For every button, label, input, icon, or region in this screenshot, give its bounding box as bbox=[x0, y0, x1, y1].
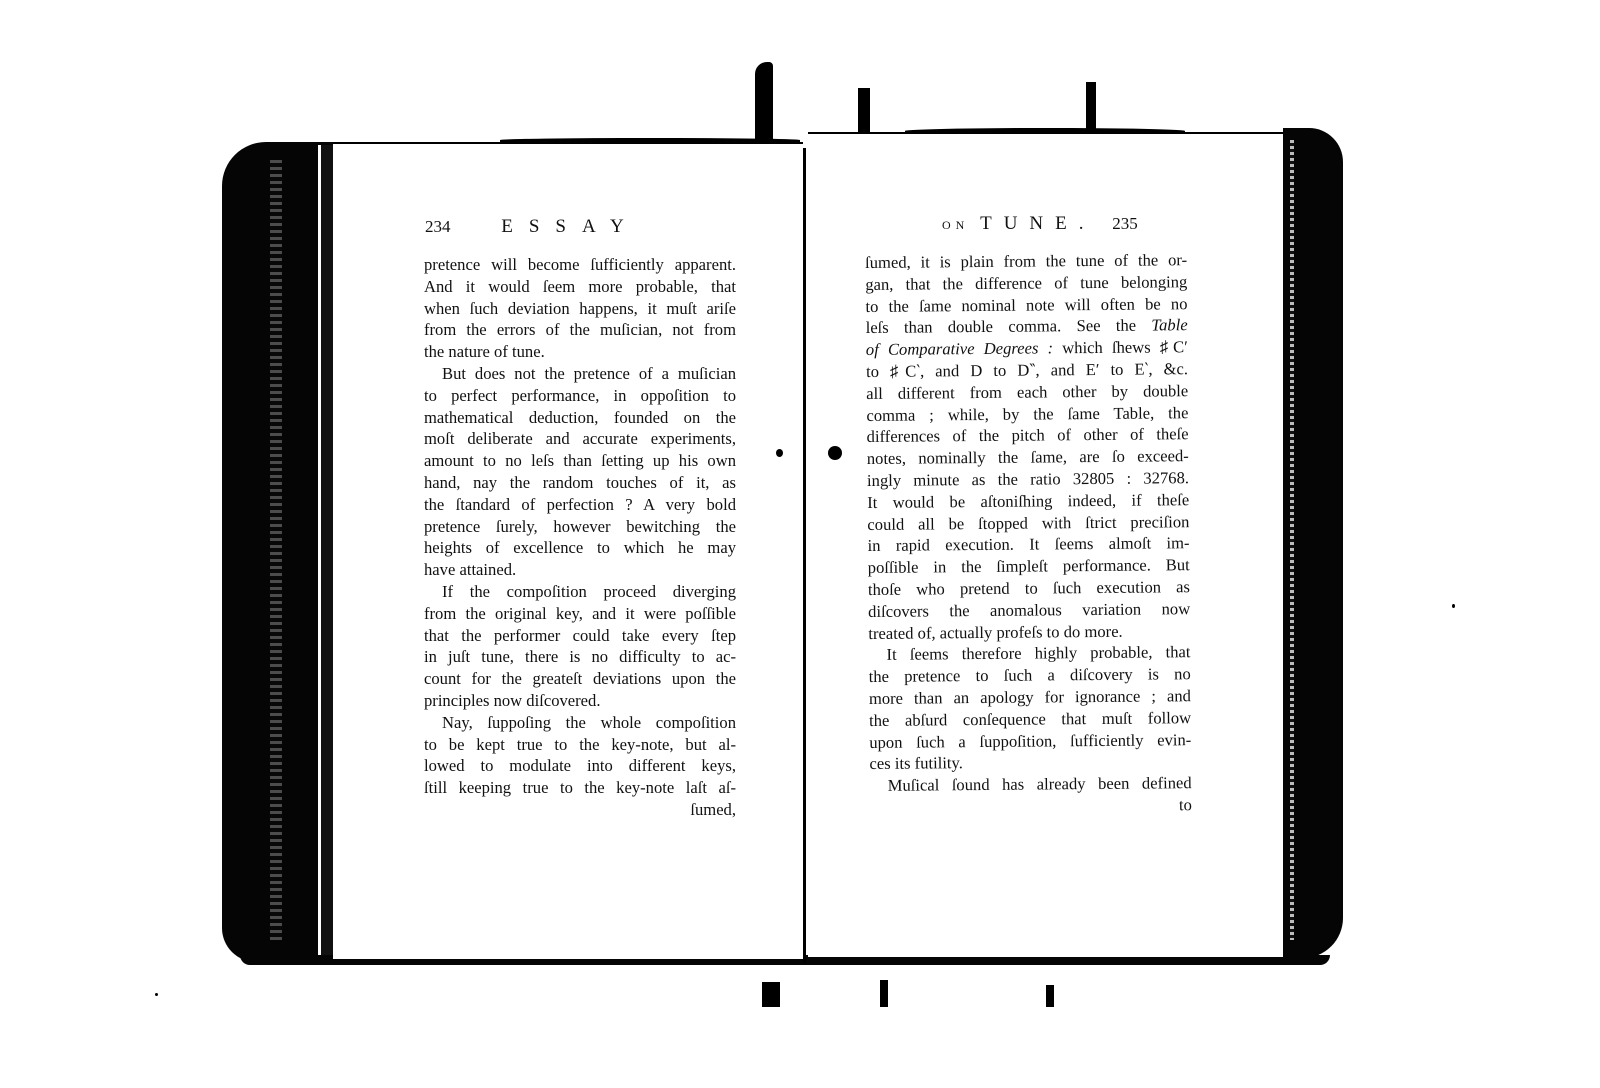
text-line: It would be aſtoniſhing indeed, if theſe bbox=[867, 489, 1189, 514]
text-line: It ſeems therefore highly probable, that bbox=[868, 642, 1190, 667]
text-line: heights of excellence to which he may bbox=[424, 537, 736, 559]
text-line: gan, that the difference of tune belongi… bbox=[865, 271, 1187, 296]
book-gutter bbox=[803, 148, 806, 963]
line-text: amount to no leſs than ſetting up his ow… bbox=[424, 451, 736, 470]
text-line: when ſuch deviation happens, it muſt ari… bbox=[424, 298, 736, 320]
left-running-head: 234 ESSAY bbox=[425, 216, 745, 238]
text-line: hand, nay the random touches of it, as bbox=[424, 472, 736, 494]
line-text: more than an apology for ignorance ; and bbox=[869, 686, 1191, 708]
line-text: comma ; while, by the ſame Table, the bbox=[866, 403, 1188, 425]
text-line: poſſible in the ſimpleſt performance. Bu… bbox=[868, 554, 1190, 579]
line-text: the nature of tune. bbox=[424, 342, 545, 361]
line-text: which ſhews ♯C′ bbox=[1062, 337, 1188, 357]
text-line: comma ; while, by the ſame Table, the bbox=[866, 402, 1188, 427]
text-line: from the original key, and it were poſſi… bbox=[424, 603, 736, 625]
line-text: to be kept true to the key-note, but al- bbox=[424, 735, 736, 754]
text-line: the pretence to ſuch a diſcovery is no bbox=[869, 663, 1191, 688]
line-text: the abſurd conſequence that muſt follow bbox=[869, 708, 1191, 730]
text-line: amount to no leſs than ſetting up his ow… bbox=[424, 450, 736, 472]
line-text: Nay, ſuppoſing the whole compoſition bbox=[442, 713, 736, 732]
text-line: could all be ſtopped with ſtrict preciſi… bbox=[867, 511, 1189, 536]
line-text: that the performer could take every ſtep bbox=[424, 626, 736, 645]
text-line: diſcovers the anomalous variation now bbox=[868, 598, 1190, 623]
text-line: have attained. bbox=[424, 559, 736, 581]
line-text: in rapid execution. It ſeems almoſt im- bbox=[867, 534, 1189, 556]
text-line: differences of the pitch of other of the… bbox=[867, 424, 1189, 449]
text-line: notes, nominally the ſame, are ſo exceed… bbox=[867, 445, 1189, 470]
line-text: thoſe who pretend to ſuch execution as bbox=[868, 577, 1190, 599]
text-line: of Comparative Degrees : which ſhews ♯C′ bbox=[866, 336, 1188, 361]
text-line: all different from each other by double bbox=[866, 380, 1188, 405]
text-line: ingly minute as the ratio 32805 : 32768. bbox=[867, 467, 1189, 492]
text-line: to perfect performance, in oppoſition to bbox=[424, 385, 736, 407]
text-line: mathematical deduction, founded on the bbox=[424, 407, 736, 429]
page-number-right: 235 bbox=[1112, 214, 1138, 233]
text-line: Muſical ſound has already been defined bbox=[870, 772, 1192, 797]
line-text: moſt deliberate and accurate experiments… bbox=[424, 429, 736, 448]
page-number-left: 234 bbox=[425, 217, 451, 236]
line-text: It would be aſtoniſhing indeed, if theſe bbox=[867, 490, 1189, 512]
page-edges-right bbox=[1290, 140, 1294, 940]
line-text: to bbox=[1179, 795, 1192, 814]
ink-speck bbox=[776, 449, 783, 457]
text-line: to the ſame nominal note will often be n… bbox=[865, 293, 1187, 318]
line-text: pretence ſurely, however bewitching the bbox=[424, 517, 736, 536]
line-text: when ſuch deviation happens, it muſt ari… bbox=[424, 299, 736, 318]
line-text: And it would ſeem more probable, that bbox=[424, 277, 736, 296]
line-text: lowed to modulate into different keys, bbox=[424, 756, 736, 775]
text-line: in juſt tune, there is no difficulty to … bbox=[424, 646, 736, 668]
text-line: But does not the pretence of a muſician bbox=[424, 363, 736, 385]
text-line: pretence ſurely, however bewitching the bbox=[424, 516, 736, 538]
text-line: pretence will become ſufficiently appare… bbox=[424, 254, 736, 276]
text-line: the nature of tune. bbox=[424, 341, 736, 363]
text-line: principles now diſcovered. bbox=[424, 690, 736, 712]
binding-strap bbox=[762, 982, 780, 1007]
text-line: Nay, ſuppoſing the whole compoſition bbox=[424, 712, 736, 734]
line-text: could all be ſtopped with ſtrict preciſi… bbox=[867, 512, 1189, 534]
line-text: But does not the pretence of a muſician bbox=[442, 364, 736, 383]
line-text: diſcovers the anomalous variation now bbox=[868, 599, 1190, 621]
text-line: lowed to modulate into different keys, bbox=[424, 755, 736, 777]
line-text: heights of excellence to which he may bbox=[424, 538, 736, 557]
text-line: count for the greateſt deviations upon t… bbox=[424, 668, 736, 690]
line-text: ingly minute as the ratio 32805 : 32768. bbox=[867, 468, 1189, 490]
text-line: thoſe who pretend to ſuch execution as bbox=[868, 576, 1190, 601]
line-text: pretence will become ſufficiently appare… bbox=[424, 255, 736, 274]
line-text: the ſtandard of perfection ? A very bold bbox=[424, 495, 736, 514]
line-text: poſſible in the ſimpleſt performance. Bu… bbox=[868, 555, 1190, 577]
line-text: mathematical deduction, founded on the bbox=[424, 408, 736, 427]
text-line: treated of, actually profeſs to do more. bbox=[868, 620, 1190, 645]
line-text: If the compoſition proceed diverging bbox=[442, 582, 736, 601]
bookmark-ribbon bbox=[755, 62, 773, 147]
ink-speck bbox=[155, 993, 158, 996]
binding-strap bbox=[880, 980, 888, 1007]
binding-strap bbox=[1046, 985, 1054, 1007]
line-text: hand, nay the random touches of it, as bbox=[424, 473, 736, 492]
line-text: the pretence to ſuch a diſcovery is no bbox=[869, 664, 1191, 686]
line-text: It ſeems therefore highly probable, that bbox=[886, 643, 1190, 665]
text-line: from the errors of the muſician, not fro… bbox=[424, 319, 736, 341]
line-text: in juſt tune, there is no difficulty to … bbox=[424, 647, 736, 666]
line-text: have attained. bbox=[424, 560, 516, 579]
text-line: to bbox=[870, 794, 1192, 819]
italic-text: Table bbox=[1151, 316, 1187, 335]
line-text: gan, that the difference of tune belongi… bbox=[865, 272, 1187, 294]
line-text: ſtill keeping true to the key-note laſt … bbox=[424, 778, 736, 797]
line-text: Muſical ſound has already been defined bbox=[888, 773, 1192, 795]
text-line: that the performer could take every ſtep bbox=[424, 625, 736, 647]
ink-speck bbox=[828, 446, 842, 460]
line-text: leſs than double comma. See the bbox=[866, 316, 1137, 337]
left-page-body: pretence will become ſufficiently appare… bbox=[424, 254, 736, 821]
line-text: ſumed, it is plain from the tune of the … bbox=[865, 250, 1187, 272]
running-head-title: TUNE. bbox=[980, 213, 1095, 234]
text-line: to ♯C‵, and D to D‶, and E′ to E‵, &c. bbox=[866, 358, 1188, 383]
line-text: from the original key, and it were poſſi… bbox=[424, 604, 736, 623]
ink-speck bbox=[1452, 604, 1455, 608]
running-head-small: ON bbox=[942, 218, 969, 232]
line-text: differences of the pitch of other of the… bbox=[867, 425, 1189, 447]
right-page-body: ſumed, it is plain from the tune of the … bbox=[865, 249, 1192, 819]
text-line: moſt deliberate and accurate experiments… bbox=[424, 428, 736, 450]
text-line: leſs than double comma. See the Table bbox=[866, 315, 1188, 340]
line-text: from the errors of the muſician, not fro… bbox=[424, 320, 736, 339]
line-text: to the ſame nominal note will often be n… bbox=[865, 294, 1187, 316]
text-line: If the compoſition proceed diverging bbox=[424, 581, 736, 603]
running-head-title: ESSAY bbox=[501, 216, 639, 237]
text-line: the ſtandard of perfection ? A very bold bbox=[424, 494, 736, 516]
text-line: ces its futility. bbox=[869, 750, 1191, 775]
text-line: upon ſuch a ſuppoſition, ſufficiently ev… bbox=[869, 729, 1191, 754]
line-text: ces its futility. bbox=[869, 753, 963, 773]
line-text: notes, nominally the ſame, are ſo exceed… bbox=[867, 446, 1189, 468]
text-line: ſtill keeping true to the key-note laſt … bbox=[424, 777, 736, 799]
text-line: ſumed, bbox=[424, 799, 736, 821]
line-text: all different from each other by double bbox=[866, 381, 1188, 403]
line-text: to ♯C‵, and D to D‶, and E′ to E‵, &c. bbox=[866, 359, 1188, 381]
line-text: to perfect performance, in oppoſition to bbox=[424, 386, 736, 405]
text-line: ſumed, it is plain from the tune of the … bbox=[865, 249, 1187, 274]
line-text: upon ſuch a ſuppoſition, ſufficiently ev… bbox=[869, 730, 1191, 752]
right-running-head: ON TUNE. 235 bbox=[942, 213, 1182, 235]
italic-text: of Comparative Degrees : bbox=[866, 339, 1053, 360]
text-line: the abſurd conſequence that muſt follow bbox=[869, 707, 1191, 732]
cover-edge-left bbox=[318, 145, 333, 955]
line-text: ſumed, bbox=[690, 800, 736, 819]
text-line: And it would ſeem more probable, that bbox=[424, 276, 736, 298]
text-line: more than an apology for ignorance ; and bbox=[869, 685, 1191, 710]
page-edges-left bbox=[270, 160, 282, 940]
text-line: in rapid execution. It ſeems almoſt im- bbox=[867, 533, 1189, 558]
line-text: count for the greateſt deviations upon t… bbox=[424, 669, 736, 688]
text-line: to be kept true to the key-note, but al- bbox=[424, 734, 736, 756]
line-text: principles now diſcovered. bbox=[424, 691, 601, 710]
line-text: treated of, actually profeſs to do more. bbox=[868, 621, 1122, 642]
